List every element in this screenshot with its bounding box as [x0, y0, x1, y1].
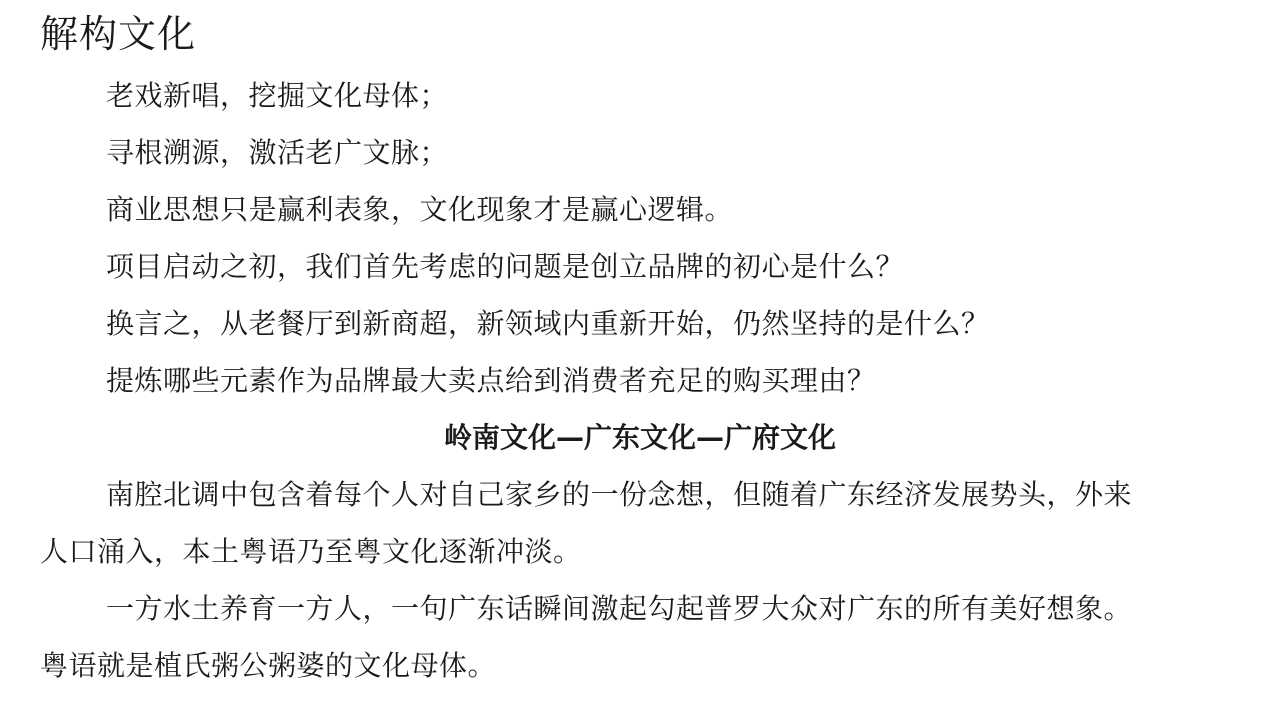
intro-line-3: 商业思想只是赢利表象，文化现象才是赢心逻辑。 — [106, 192, 733, 228]
paragraph-1-line-1: 南腔北调中包含着每个人对自己家乡的一份念想，但随着广东经济发展势头，外来 — [106, 477, 1132, 513]
section-heading: 岭南文化—广东文化—广府文化 — [0, 420, 1280, 456]
paragraph-1-line-2: 人口涌入，本土粤语乃至粤文化逐渐冲淡。 — [40, 534, 582, 570]
intro-line-2: 寻根溯源，激活老广文脉； — [106, 135, 448, 171]
intro-line-5: 换言之，从老餐厅到新商超，新领域内重新开始，仍然坚持的是什么？ — [106, 306, 990, 342]
intro-line-1: 老戏新唱，挖掘文化母体； — [106, 78, 448, 114]
intro-line-4: 项目启动之初，我们首先考虑的问题是创立品牌的初心是什么？ — [106, 249, 904, 285]
intro-line-6: 提炼哪些元素作为品牌最大卖点给到消费者充足的购买理由？ — [106, 363, 876, 399]
paragraph-2-line-2: 粤语就是植氏粥公粥婆的文化母体。 — [40, 648, 496, 684]
page-title: 解构文化 — [40, 10, 196, 58]
paragraph-2-line-1: 一方水土养育一方人，一句广东话瞬间激起勾起普罗大众对广东的所有美好想象。 — [106, 591, 1132, 627]
